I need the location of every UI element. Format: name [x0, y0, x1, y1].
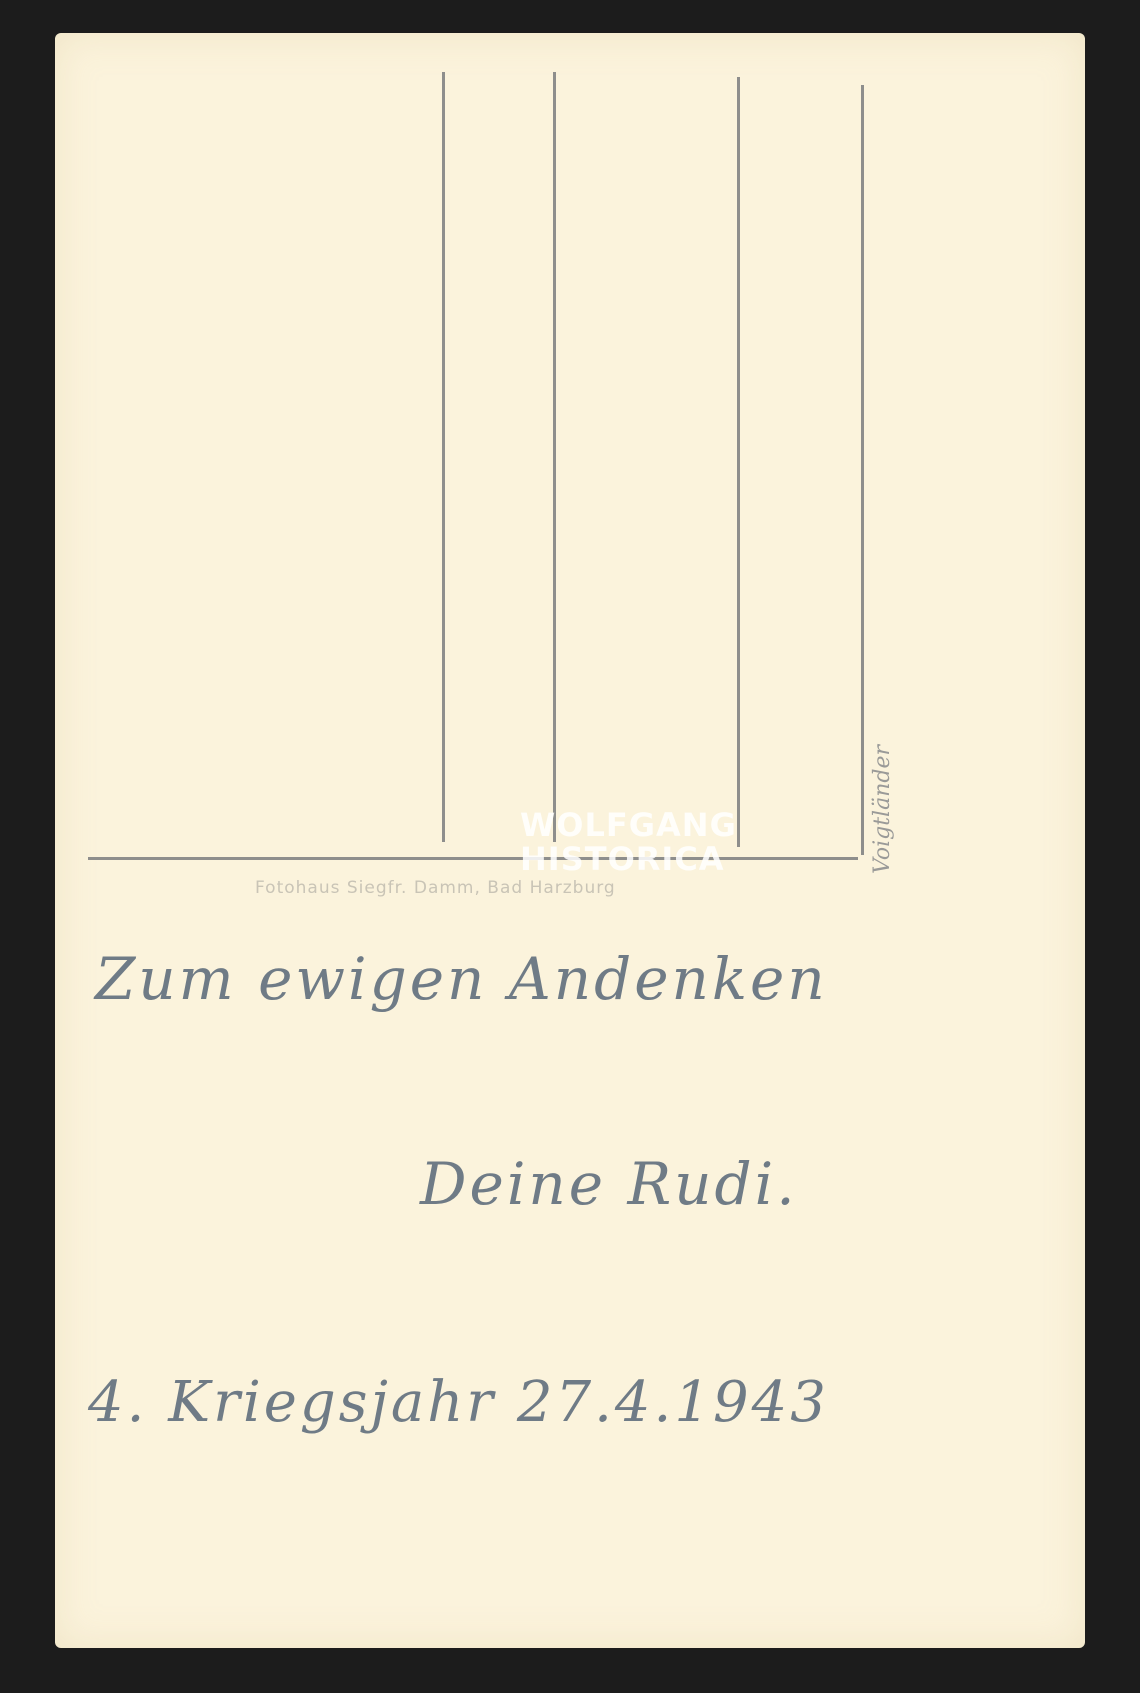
- stamp-box-line-1: [442, 72, 445, 842]
- watermark: WOLFGANG HISTORICA: [520, 808, 737, 876]
- watermark-line-1: WOLFGANG: [520, 808, 737, 842]
- handwritten-dedication: Zum ewigen Andenken: [95, 945, 828, 1013]
- watermark-line-2: HISTORICA: [520, 842, 737, 876]
- stamp-box-line-2: [553, 72, 556, 842]
- divider-line: [88, 857, 858, 860]
- handwritten-date: 4. Kriegsjahr 27.4.1943: [88, 1370, 829, 1435]
- paper-brand-mark: Voigtländer: [870, 745, 895, 975]
- photo-studio-imprint: Fotohaus Siegfr. Damm, Bad Harzburg: [255, 878, 616, 898]
- stamp-box-line-3: [737, 77, 740, 847]
- stamp-box-line-4: [861, 85, 864, 855]
- handwritten-signature: Deine Rudi.: [420, 1150, 798, 1218]
